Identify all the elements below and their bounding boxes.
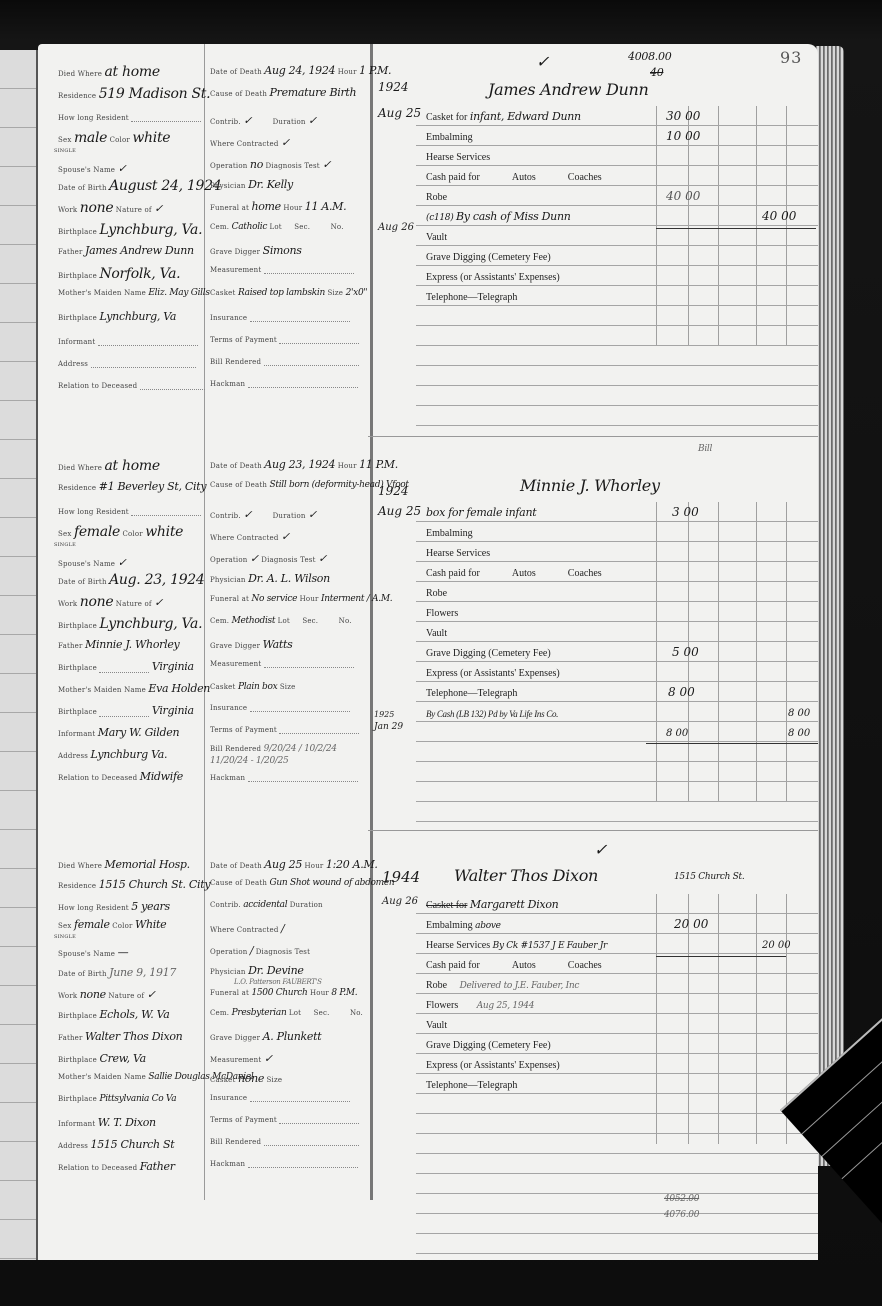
physician-field: Physician Dr. Devine <box>210 964 304 977</box>
date-of-birth-field: Date of Birth Aug. 23, 1924 <box>58 572 205 588</box>
father-birthplace-field: Birthplace Norfolk, Va. <box>58 266 180 282</box>
marital-field: SINGLE <box>54 934 76 940</box>
ledger-row-robe: Robe 40 00 <box>416 186 818 206</box>
cause-of-death-field: Cause of Death Premature Birth <box>210 86 356 99</box>
top-total-1: 4008.00 <box>628 50 671 63</box>
column-rule <box>204 44 205 1200</box>
ledger-row-embalming: Embalming above 20 00 <box>416 914 818 934</box>
spouses-name-field: Spouse's Name ✓ <box>58 556 127 569</box>
date-of-death-field: Date of Death Aug 23, 1924 Hour 11 P.M. <box>210 458 398 471</box>
ledger-row-hearse: Hearse Services <box>416 146 818 166</box>
bill-note: Bill <box>698 444 712 454</box>
bottom-total-1: 4052.00 <box>664 1194 699 1204</box>
insurance-field: Insurance <box>210 314 350 322</box>
ledger-row-hearse: Hearse Services <box>416 542 818 562</box>
operation-field: Operation / Diagnosis Test <box>210 944 310 957</box>
ledger-row-casket: Casket for infant, Edward Dunn 30 00 <box>416 106 818 126</box>
ledger-row-casket: box for female infant 3 00 <box>416 502 818 522</box>
ledger-account-name: Walter Thos Dixon <box>454 866 598 885</box>
relation-field: Relation to Deceased Midwife <box>58 770 183 783</box>
ledger-row-grave-digging: Grave Digging (Cemetery Fee) <box>416 1034 818 1054</box>
previous-page-edge <box>0 50 38 1260</box>
ledger-row-express: Express (or Assistants' Expenses) <box>416 266 818 286</box>
terms-of-payment-field: Terms of Payment <box>210 336 359 344</box>
insurance-field: Insurance <box>210 704 350 712</box>
casket-field: Casket Plain box Size <box>210 682 295 692</box>
measurement-field: Measurement ✓ <box>210 1052 273 1065</box>
mothers-maiden-name-field: Mother's Maiden Name Eliz. May Gills <box>58 288 210 298</box>
date-of-birth-field: Date of Birth June 9, 1917 <box>58 966 176 979</box>
date-of-death-field: Date of Death Aug 25 Hour 1:20 A.M. <box>210 858 378 871</box>
ledger-table: box for female infant 3 00 Embalming Hea… <box>416 502 818 822</box>
measurement-field: Measurement <box>210 266 354 274</box>
sex-color-field: Sex male Color white <box>58 130 170 146</box>
top-total-2: 40 <box>650 66 663 79</box>
operation-field: Operation ✓ Diagnosis Test ✓ <box>210 552 327 565</box>
ledger-page: 93 4008.00 40 Died Where at home Residen… <box>38 44 818 1260</box>
ledger-year: 1924 <box>378 80 409 94</box>
ledger-row-telephone: Telephone—Telegraph <box>416 286 818 306</box>
ledger-payment-date: Jan 29 <box>374 722 403 732</box>
ledger-row-express: Express (or Assistants' Expenses) <box>416 662 818 682</box>
relation-field: Relation to Deceased <box>58 382 205 390</box>
ledger-row-embalming: Embalming <box>416 522 818 542</box>
ledger-entry-date: Aug 26 <box>382 896 418 907</box>
ledger-row-grave-digging: Grave Digging (Cemetery Fee) <box>416 246 818 266</box>
physician-field: Physician Dr. Kelly <box>210 178 293 191</box>
residence-field: Residence 1515 Church St. City <box>58 878 210 891</box>
ledger-row-flowers: Flowers <box>416 602 818 622</box>
ledger-account-address: 1515 Church St. <box>674 872 744 882</box>
cemetery-field: Cem. Methodist Lot Sec. No. <box>210 616 352 626</box>
work-field: Work none Nature of ✓ <box>58 988 156 1001</box>
ledger-row-vault: Vault <box>416 1014 818 1034</box>
hackman-field: Hackman <box>210 1160 358 1168</box>
work-field: Work none Nature of ✓ <box>58 594 163 610</box>
terms-of-payment-field: Terms of Payment <box>210 726 359 734</box>
hackman-field: Hackman <box>210 380 358 388</box>
mothers-maiden-name-field: Mother's Maiden Name Eva Holden <box>58 682 210 695</box>
funeral-field: Funeral at home Hour 11 A.M. <box>210 200 346 213</box>
funeral-field: Funeral at No service Hour Interment / A… <box>210 594 392 604</box>
physician-field: Physician Dr. A. L. Wilson <box>210 572 330 585</box>
insurance-field: Insurance <box>210 1094 350 1102</box>
father-birthplace-field: Birthplace Crew, Va <box>58 1052 146 1065</box>
father-field: Father James Andrew Dunn <box>58 244 194 257</box>
bill-rendered-field: Bill Rendered <box>210 358 359 366</box>
date-of-birth-field: Date of Birth August 24, 1924 <box>58 178 221 194</box>
marital-field: SINGLE <box>54 542 76 548</box>
relation-field: Relation to Deceased Father <box>58 1160 175 1173</box>
contrib-field: Contrib. accidental Duration <box>210 900 323 910</box>
spouses-name-field: Spouse's Name — <box>58 946 128 959</box>
bill-rendered-field-2: 11/20/24 - 1/20/25 <box>210 756 288 766</box>
date-of-death-field: Date of Death Aug 24, 1924 Hour 1 P.M. <box>210 64 391 77</box>
ledger-row-casket: Casket for Margarett Dixon <box>416 894 818 914</box>
ledger-row-grave-digging: Grave Digging (Cemetery Fee) 5 00 <box>416 642 818 662</box>
how-long-resident-field: How long Resident <box>58 114 201 122</box>
sex-color-field: Sex female Color White <box>58 918 166 931</box>
ledger-row-vault: Vault <box>416 226 818 246</box>
where-contracted-field: Where Contracted / <box>210 922 284 935</box>
casket-field: Casket none Size <box>210 1072 282 1085</box>
ledger-row-cash-paid: Cash paid forAutosCoaches <box>416 562 818 582</box>
cemetery-field: Cem. Presbyterian Lot Sec. No. <box>210 1008 363 1018</box>
record-separator <box>368 436 818 437</box>
informant-field: Informant Mary W. Gilden <box>58 726 179 739</box>
address-field: Address Lynchburg Va. <box>58 748 167 761</box>
cause-of-death-field: Cause of Death Gun Shot wound of abdomen <box>210 878 394 888</box>
address-field: Address <box>58 360 196 368</box>
funeral-field: Funeral at 1500 Church Hour 8 P.M. <box>210 988 357 998</box>
page-stack-edge <box>816 46 844 1166</box>
spouses-name-field: Spouse's Name ✓ <box>58 162 127 175</box>
informant-field: Informant W. T. Dixon <box>58 1116 156 1129</box>
ledger-year: 1924 <box>378 484 409 498</box>
ledger-year: 1944 <box>382 868 420 886</box>
hackman-field: Hackman <box>210 774 358 782</box>
ledger-row-telephone: Telephone—Telegraph <box>416 1074 818 1094</box>
ledger-row-totals: 8 00 8 00 <box>416 722 818 742</box>
residence-field: Residence 519 Madison St. <box>58 86 210 102</box>
father-field: Father Minnie J. Whorley <box>58 638 179 651</box>
how-long-resident-field: How long Resident <box>58 508 201 516</box>
where-contracted-field: Where Contracted ✓ <box>210 530 290 543</box>
ledger-row-telephone: Telephone—Telegraph 8 00 <box>416 682 818 702</box>
contrib-field: Contrib. ✓ Duration ✓ <box>210 114 317 127</box>
grave-digger-field: Grave Digger Simons <box>210 244 302 257</box>
ledger-entry-date: Aug 25 <box>378 106 421 120</box>
column-rule-heavy <box>370 44 373 1200</box>
physician-note: L.O. Patterson FAUBERT'S <box>234 978 322 986</box>
page-number: 93 <box>780 48 802 67</box>
residence-field: Residence #1 Beverley St, City <box>58 480 206 493</box>
ledger-row-robe: Robe Delivered to J.E. Fauber, Inc <box>416 974 818 994</box>
ledger-payment-year: 1925 <box>374 710 394 719</box>
grave-digger-field: Grave Digger A. Plunkett <box>210 1030 321 1043</box>
ledger-check-mark: ✓ <box>594 840 607 859</box>
ledger-row-express: Express (or Assistants' Expenses) <box>416 1054 818 1074</box>
birthplace-field: Birthplace Lynchburg, Va. <box>58 616 202 632</box>
ledger-row-vault: Vault <box>416 622 818 642</box>
sex-color-field: Sex female Color white <box>58 524 183 540</box>
operation-field: Operation no Diagnosis Test ✓ <box>210 158 331 171</box>
grave-digger-field: Grave Digger Watts <box>210 638 292 651</box>
ledger-table: Casket for Margarett Dixon Embalming abo… <box>416 894 818 1154</box>
contrib-field: Contrib. ✓ Duration ✓ <box>210 508 317 521</box>
mother-birthplace-field: Birthplace Virginia <box>58 704 194 717</box>
mother-birthplace-field: Birthplace Pittsylvania Co Va <box>58 1094 176 1104</box>
died-where-field: Died Where at home <box>58 64 160 80</box>
ledger-row-payment: (c118) By cash of Miss Dunn 40 00 <box>416 206 818 226</box>
ledger-row-payment: By Cash (LB 132) Pd by Va Life Ins Co. 8… <box>416 702 818 722</box>
work-field: Work none Nature of ✓ <box>58 200 163 216</box>
ledger-entry-date: Aug 25 <box>378 504 421 518</box>
birthplace-field: Birthplace Lynchburg, Va. <box>58 222 202 238</box>
marital-field: SINGLE <box>54 148 76 154</box>
father-birthplace-field: Birthplace Virginia <box>58 660 194 673</box>
record-separator <box>368 830 818 831</box>
cemetery-field: Cem. Catholic Lot Sec. No. <box>210 222 344 232</box>
ledger-table: Casket for infant, Edward Dunn 30 00 Emb… <box>416 106 818 366</box>
bill-rendered-field: Bill Rendered <box>210 1138 359 1146</box>
ledger-row-hearse: Hearse Services By Ck #1537 J E Fauber J… <box>416 934 818 954</box>
ledger-row-robe: Robe <box>416 582 818 602</box>
ledger-row-cash-paid: Cash paid forAutosCoaches <box>416 166 818 186</box>
mother-birthplace-field: Birthplace Lynchburg, Va <box>58 310 176 323</box>
measurement-field: Measurement <box>210 660 354 668</box>
terms-of-payment-field: Terms of Payment <box>210 1116 359 1124</box>
where-contracted-field: Where Contracted ✓ <box>210 136 290 149</box>
ledger-account-name: James Andrew Dunn <box>488 80 649 99</box>
ledger-account-name: Minnie J. Whorley <box>520 476 660 495</box>
ledger-row-embalming: Embalming 10 00 <box>416 126 818 146</box>
bottom-total-2: 4076.00 <box>664 1210 699 1220</box>
father-field: Father Walter Thos Dixon <box>58 1030 182 1043</box>
ledger-row-flowers: Flowers Aug 25, 1944 <box>416 994 818 1014</box>
address-field: Address 1515 Church St <box>58 1138 174 1151</box>
ledger-row-cash-paid: Cash paid forAutosCoaches <box>416 954 818 974</box>
ledger-payment-date: Aug 26 <box>378 222 414 233</box>
how-long-resident-field: How long Resident 5 years <box>58 900 170 913</box>
died-where-field: Died Where Memorial Hosp. <box>58 858 190 871</box>
casket-field: Casket Raised top lambskin Size 2'x0" <box>210 288 367 298</box>
informant-field: Informant <box>58 338 198 346</box>
bill-rendered-field: Bill Rendered 9/20/24 / 10/2/24 <box>210 744 337 754</box>
birthplace-field: Birthplace Echols, W. Va <box>58 1008 169 1021</box>
died-where-field: Died Where at home <box>58 458 160 474</box>
ledger-check-mark: ✓ <box>536 52 549 71</box>
